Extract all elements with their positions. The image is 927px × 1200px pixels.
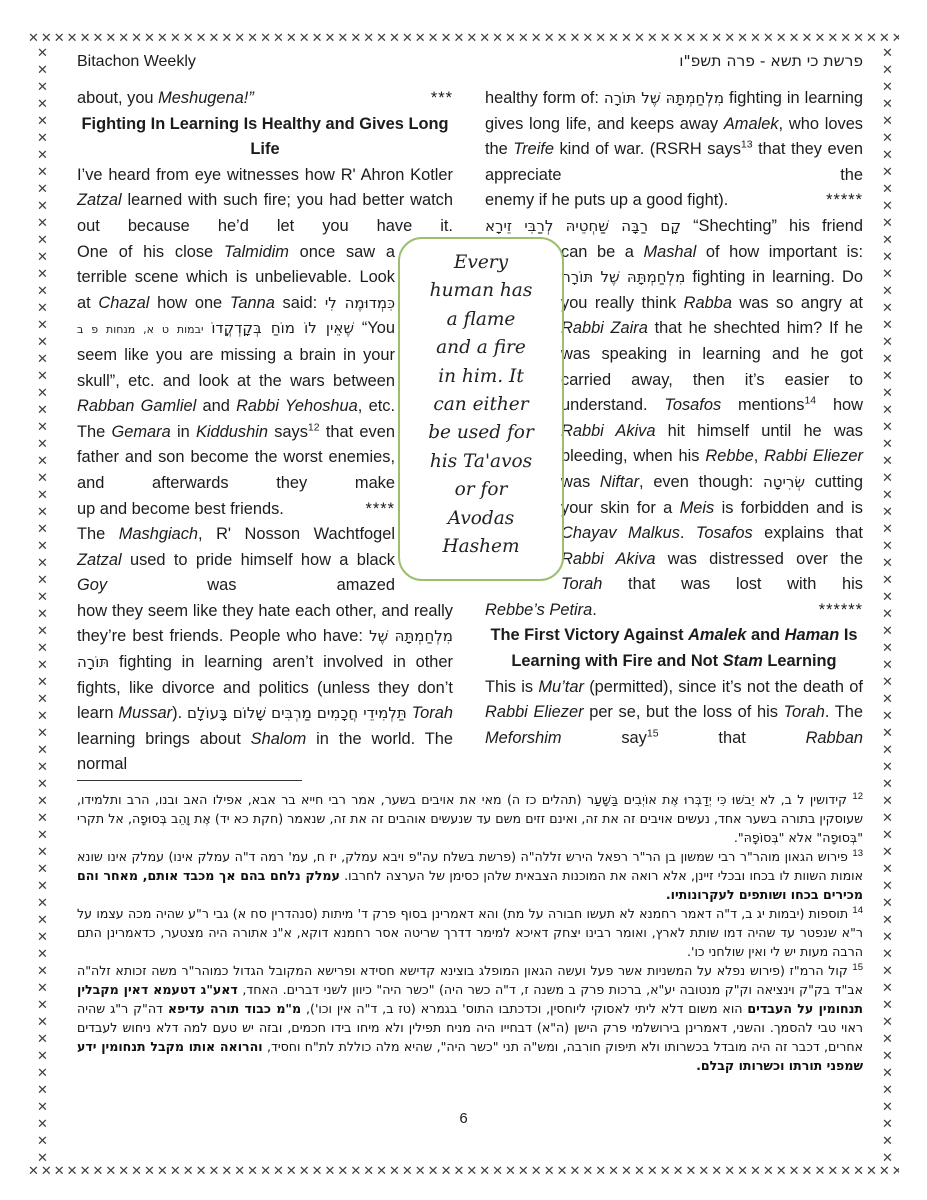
section-separator-stars: **** [365,497,395,523]
border-pattern-top: ✕✕✕✕✕✕✕✕✕✕✕✕✕✕✕✕✕✕✕✕✕✕✕✕✕✕✕✕✕✕✕✕✕✕✕✕✕✕✕✕… [28,30,899,50]
footnote-number: 15 [852,962,863,973]
text-line: about, you Meshugena!” *** [77,86,453,112]
border-pattern-left: ✕✕✕✕✕✕✕✕✕✕✕✕✕✕✕✕✕✕✕✕✕✕✕✕✕✕✕✕✕✕✕✕✕✕✕✕✕✕✕✕… [31,46,51,1166]
footnotes-section: 12 קידושין ל ב, לא יֵבשׁוּ כִּי יְדַבְּר… [77,780,863,1075]
text-run: Rebbe’s Petira. [485,598,597,624]
text-run: up and become best friends. [77,497,284,523]
wrap-zone-left: One of his close Talmidim once saw a ter… [77,240,453,599]
footnote: 12 קידושין ל ב, לא יֵבשׁוּ כִּי יְדַבְּר… [77,790,863,847]
footnote: 13 פירוש הגאון מוהר"ר רבי שמשון בן הר"ר … [77,847,863,904]
text-line: up and become best friends. **** [77,497,395,523]
paragraph: how they seem like they hate each other,… [77,599,453,778]
column-left: about, you Meshugena!” *** Fighting In L… [77,86,453,778]
paragraph: This is Mu’tar (permitted), since it’s n… [485,675,863,752]
text-line: קָם רַבָּה שַׁחְטֵיהּ לְרַבִּי זֵירָא “S… [485,214,863,240]
section-separator-stars: ***** [826,188,863,214]
page-number: 6 [0,1110,927,1127]
footnote-text: פירוש הגאון מוהר"ר רבי שמשון בן הר"ר רפא… [77,849,863,902]
text-run: enemy if he puts up a good fight). [485,188,728,214]
border-pattern-bottom: ✕✕✕✕✕✕✕✕✕✕✕✕✕✕✕✕✕✕✕✕✕✕✕✕✕✕✕✕✕✕✕✕✕✕✕✕✕✕✕✕… [28,1163,899,1183]
footnote-text: תוספות (יבמות יג ב, ד"ה דאמר רחמנא לא תע… [77,906,863,959]
page-header: Bitachon Weekly פרשת כי תשא - פרה תשפ"ו [77,52,863,71]
footnote-text: קידושין ל ב, לא יֵבשׁוּ כִּי יְדַבְּרוּ … [77,792,863,845]
section-separator-stars: ****** [819,598,863,624]
section-separator-stars: *** [431,86,453,112]
paragraph: healthy form of: מִלְחַמְתָּהּ שֶׁל תּוֹ… [485,86,863,188]
footnote-separator [77,780,302,781]
paragraph: I’ve heard from eye witnesses how R' Ahr… [77,163,453,240]
footnote-number: 13 [852,848,863,859]
callout-box: Every human has a flame and a fire in hi… [398,237,564,581]
footnote-text: קול הרמ"ז (פירוש נפלא על המשניות אשר פעל… [77,963,863,1073]
text-line: Rebbe’s Petira. ****** [485,598,863,624]
footnote-number: 12 [852,791,863,802]
document-page: ✕✕✕✕✕✕✕✕✕✕✕✕✕✕✕✕✕✕✕✕✕✕✕✕✕✕✕✕✕✕✕✕✕✕✕✕✕✕✕✕… [0,0,927,1200]
footnote: 14 תוספות (יבמות יג ב, ד"ה דאמר רחמנא לא… [77,904,863,961]
text-line: enemy if he puts up a good fight). ***** [485,188,863,214]
text-run: about, you Meshugena!” [77,86,254,112]
callout-quote: Every human has a flame and a fire in hi… [428,239,534,561]
footnote-number: 14 [852,905,863,916]
section-heading: The First Victory Against Amalek and Ham… [485,623,863,674]
footnote: 15 קול הרמ"ז (פירוש נפלא על המשניות אשר … [77,961,863,1075]
newsletter-title: Bitachon Weekly [77,53,196,71]
parsha-title: פרשת כי תשא - פרה תשפ"ו [679,52,863,70]
border-pattern-right: ✕✕✕✕✕✕✕✕✕✕✕✕✕✕✕✕✕✕✕✕✕✕✕✕✕✕✕✕✕✕✕✕✕✕✕✕✕✕✕✕… [876,46,896,1166]
section-heading: Fighting In Learning Is Healthy and Give… [77,112,453,163]
